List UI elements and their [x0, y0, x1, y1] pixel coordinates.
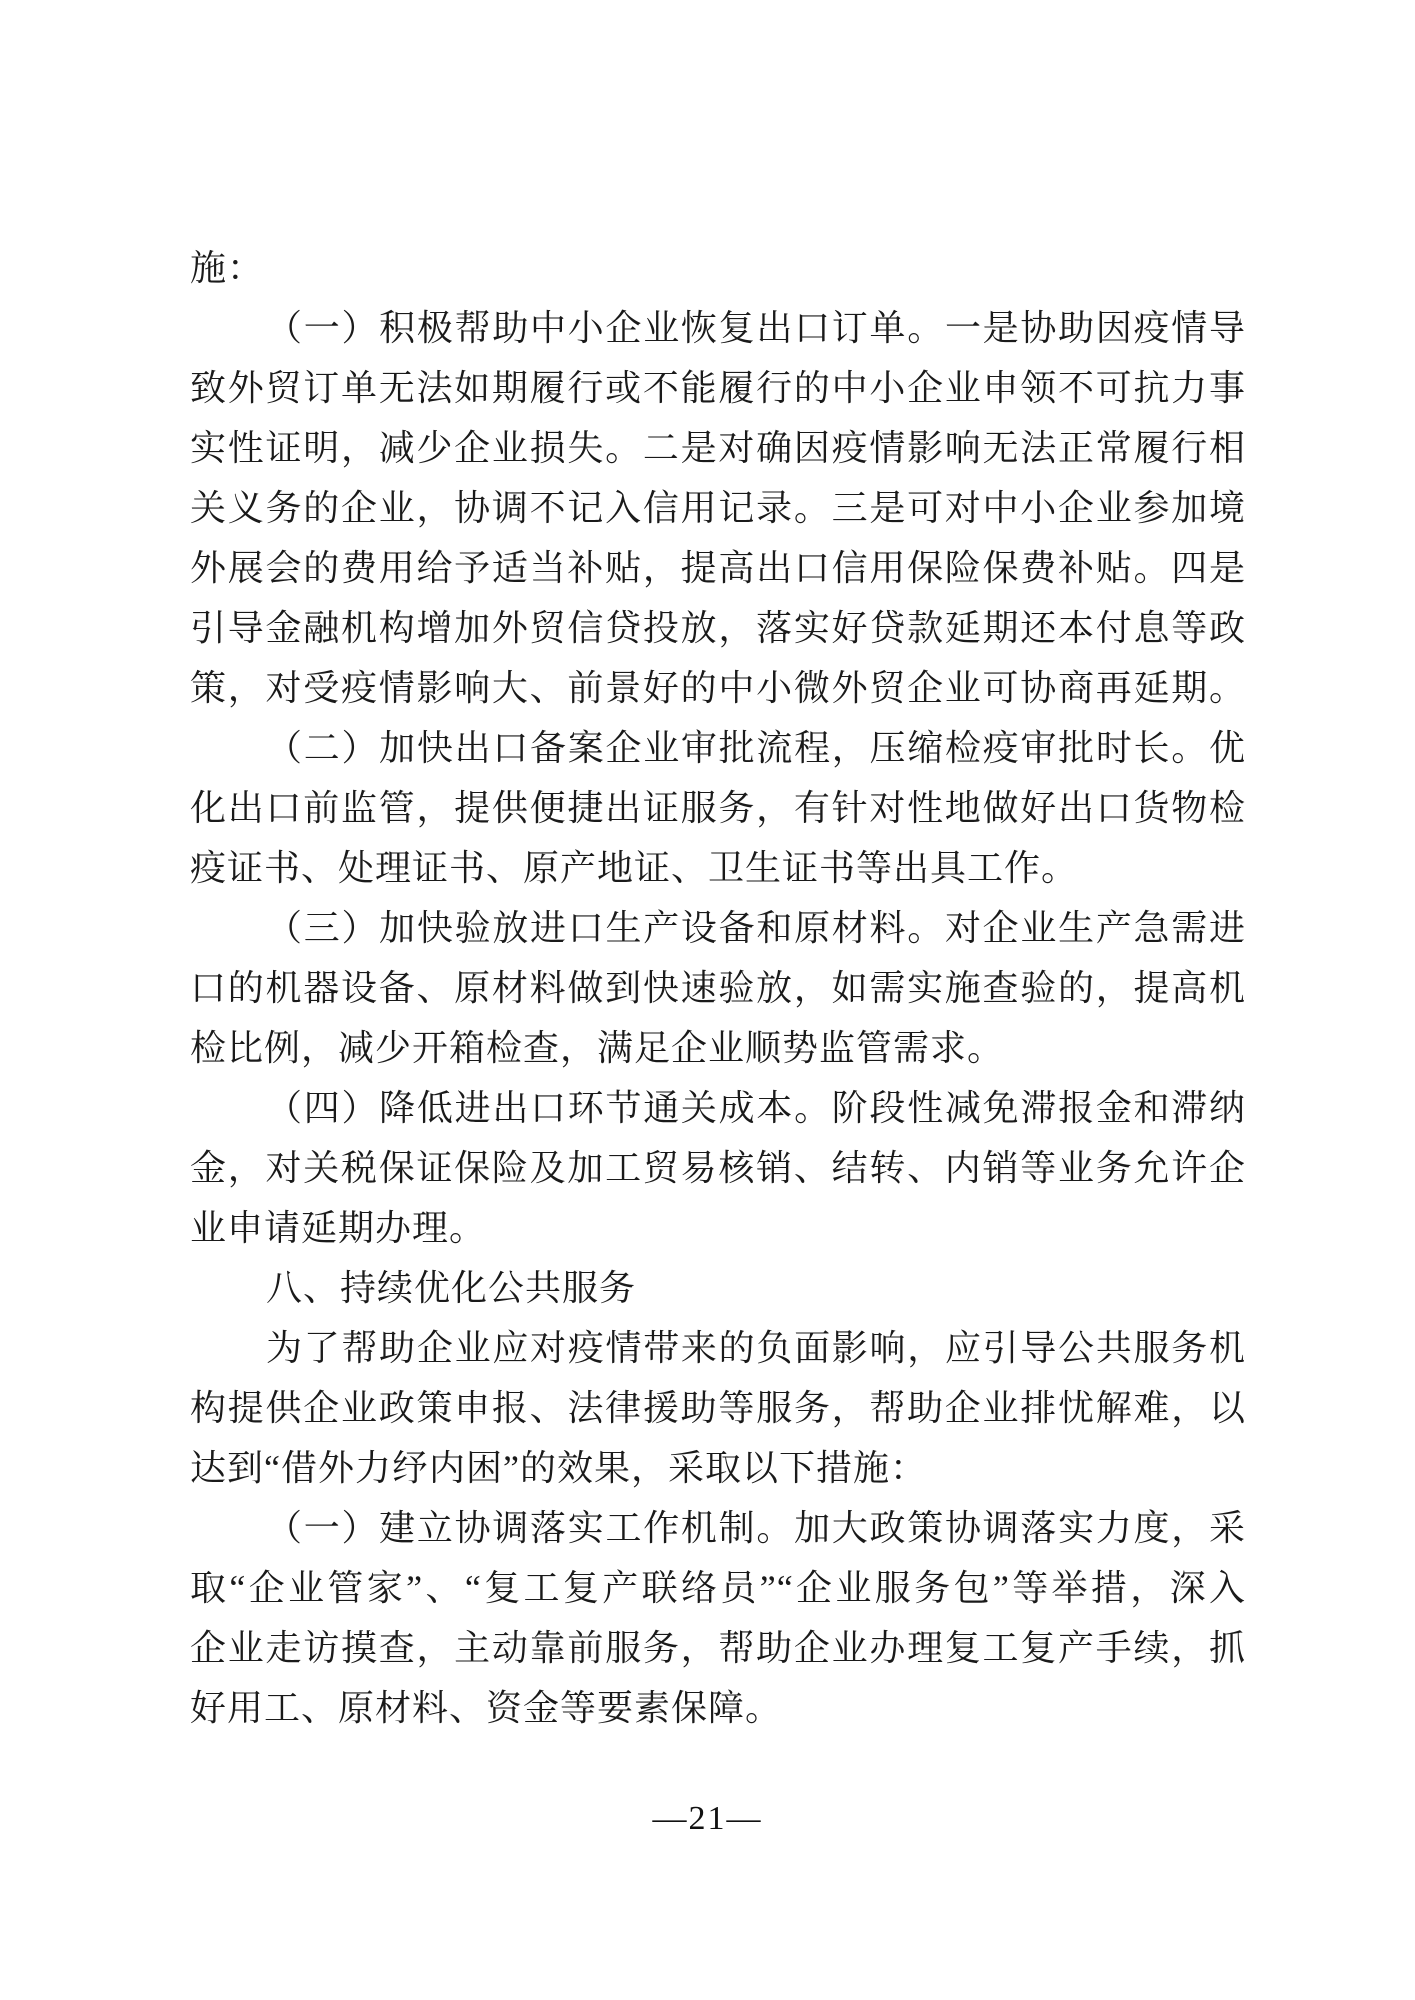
text-line: 取“企业管家”、“复工复产联络员”“企业服务包”等举措，深入: [190, 1558, 1246, 1618]
text-line: 业申请延期办理。: [190, 1198, 1246, 1258]
page-number: —21—: [653, 1800, 763, 1837]
text-line: （二）加快出口备案企业审批流程，压缩检疫审批时长。优: [190, 718, 1246, 778]
paragraph: 施：: [190, 238, 1246, 298]
text-line: 化出口前监管，提供便捷出证服务，有针对性地做好出口货物检: [190, 778, 1246, 838]
paragraph: （三）加快验放进口生产设备和原材料。对企业生产急需进口的机器设备、原材料做到快速…: [190, 898, 1246, 1078]
section-heading: 八、持续优化公共服务: [190, 1258, 1246, 1318]
text-line: 关义务的企业，协调不记入信用记录。三是可对中小企业参加境: [190, 478, 1246, 538]
paragraph: （一）建立协调落实工作机制。加大政策协调落实力度，采取“企业管家”、“复工复产联…: [190, 1498, 1246, 1738]
text-line: 企业走访摸查，主动靠前服务，帮助企业办理复工复产手续，抓: [190, 1618, 1246, 1678]
text-line: （一）建立协调落实工作机制。加大政策协调落实力度，采: [190, 1498, 1246, 1558]
document-page: 施：（一）积极帮助中小企业恢复出口订单。一是协助因疫情导致外贸订单无法如期履行或…: [0, 0, 1415, 2000]
text-line: 构提供企业政策申报、法律援助等服务，帮助企业排忧解难，以: [190, 1378, 1246, 1438]
text-line: 施：: [190, 238, 1246, 298]
text-line: 疫证书、处理证书、原产地证、卫生证书等出具工作。: [190, 838, 1246, 898]
text-line: 致外贸订单无法如期履行或不能履行的中小企业申领不可抗力事: [190, 358, 1246, 418]
paragraph: （四）降低进出口环节通关成本。阶段性减免滞报金和滞纳金，对关税保证保险及加工贸易…: [190, 1078, 1246, 1258]
document-body: 施：（一）积极帮助中小企业恢复出口订单。一是协助因疫情导致外贸订单无法如期履行或…: [190, 238, 1246, 1738]
text-line: （三）加快验放进口生产设备和原材料。对企业生产急需进: [190, 898, 1246, 958]
text-line: （四）降低进出口环节通关成本。阶段性减免滞报金和滞纳: [190, 1078, 1246, 1138]
text-line: （一）积极帮助中小企业恢复出口订单。一是协助因疫情导: [190, 298, 1246, 358]
text-line: 检比例，减少开箱检查，满足企业顺势监管需求。: [190, 1018, 1246, 1078]
text-line: 金，对关税保证保险及加工贸易核销、结转、内销等业务允许企: [190, 1138, 1246, 1198]
text-line: 达到“借外力纾内困”的效果，采取以下措施：: [190, 1438, 1246, 1498]
text-line: 实性证明，减少企业损失。二是对确因疫情影响无法正常履行相: [190, 418, 1246, 478]
text-line: 引导金融机构增加外贸信贷投放，落实好贷款延期还本付息等政: [190, 598, 1246, 658]
paragraph: （二）加快出口备案企业审批流程，压缩检疫审批时长。优化出口前监管，提供便捷出证服…: [190, 718, 1246, 898]
page-footer: —21—: [0, 1800, 1415, 1838]
paragraph: （一）积极帮助中小企业恢复出口订单。一是协助因疫情导致外贸订单无法如期履行或不能…: [190, 298, 1246, 718]
text-line: 为了帮助企业应对疫情带来的负面影响，应引导公共服务机: [190, 1318, 1246, 1378]
text-line: 外展会的费用给予适当补贴，提高出口信用保险保费补贴。四是: [190, 538, 1246, 598]
text-line: 策，对受疫情影响大、前景好的中小微外贸企业可协商再延期。: [190, 658, 1246, 718]
text-line: 口的机器设备、原材料做到快速验放，如需实施查验的，提高机: [190, 958, 1246, 1018]
paragraph: 为了帮助企业应对疫情带来的负面影响，应引导公共服务机构提供企业政策申报、法律援助…: [190, 1318, 1246, 1498]
text-line: 八、持续优化公共服务: [190, 1258, 1246, 1318]
text-line: 好用工、原材料、资金等要素保障。: [190, 1678, 1246, 1738]
